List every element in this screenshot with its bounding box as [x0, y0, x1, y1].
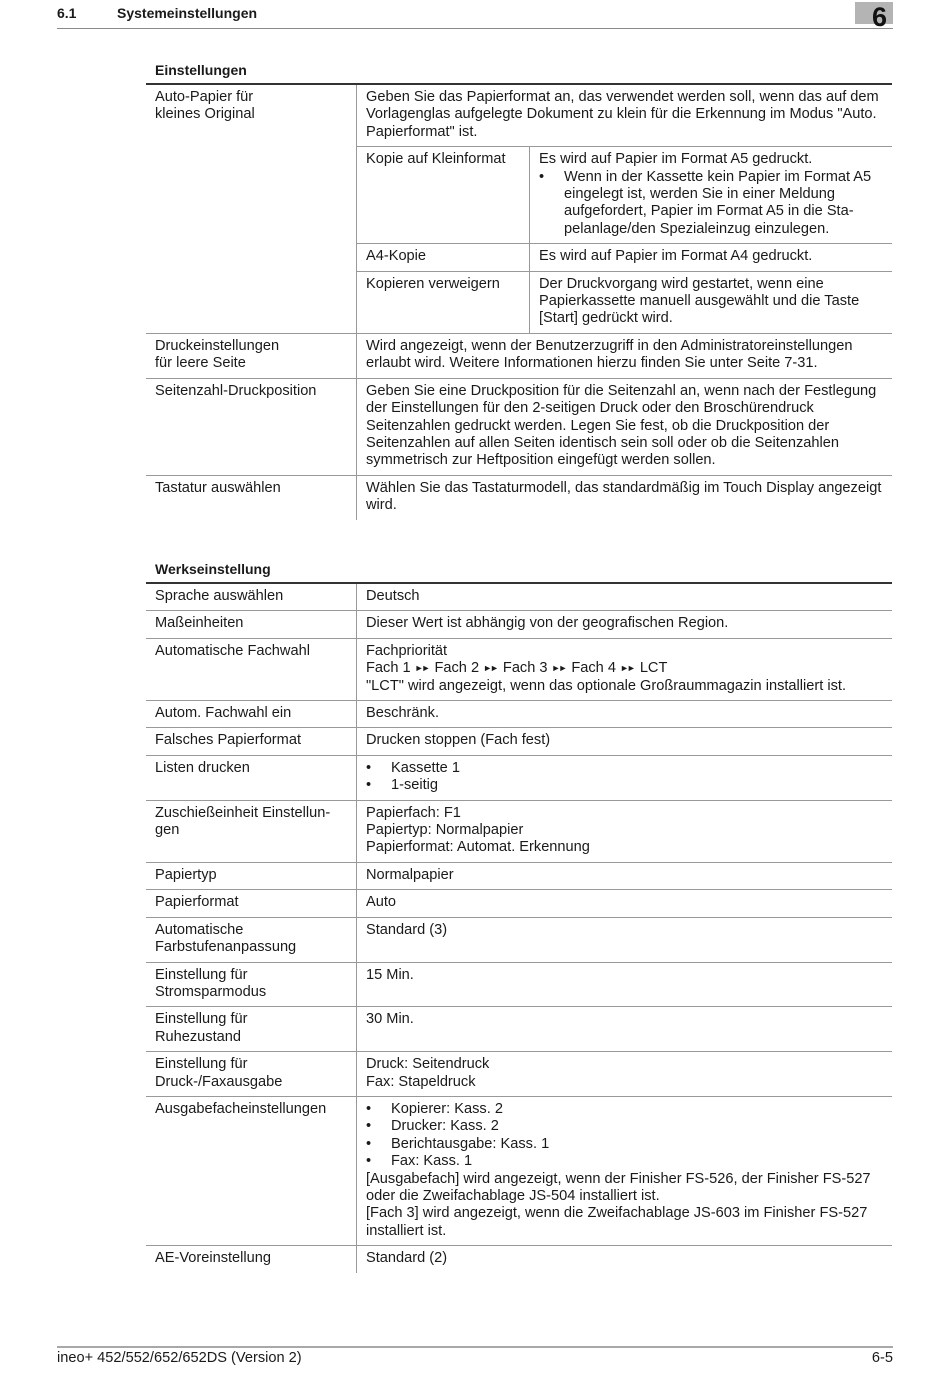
value-line: Dieser Wert ist abhängig von der geograf… — [366, 615, 883, 632]
setting-description: Geben Sie das Papierformat an, das verwe… — [357, 85, 892, 146]
bullet-text: Kopierer: Kass. 2 — [391, 1101, 503, 1118]
tray-name: Fach 3 — [503, 660, 548, 676]
tray-name: Fach 4 — [571, 660, 616, 676]
tray-name: Fach 1 — [366, 660, 411, 676]
value-line: Druck: Seitendruck — [366, 1056, 883, 1073]
option-text: Es wird auf Papier im Format A4 gedruckt… — [539, 248, 883, 265]
option-row: Kopieren verweigernDer Druckvorgang wird… — [357, 271, 892, 333]
label-line: Einstellung für — [155, 967, 347, 984]
footer-product: ineo+ 452/552/652/652DS (Version 2) — [57, 1350, 302, 1366]
table-row: PapiertypNormalpapier — [146, 862, 892, 889]
section-number: 6.1 — [57, 5, 76, 21]
label-line: Papiertyp — [155, 867, 347, 884]
table-row: Tastatur auswählenWählen Sie das Tastatu… — [146, 475, 892, 519]
label-line: Automatische — [155, 922, 347, 939]
default-value: Dieser Wert ist abhängig von der geograf… — [357, 611, 893, 638]
double-arrow-icon: ►► — [415, 663, 429, 673]
option-row: A4-KopieEs wird auf Papier im Format A4 … — [357, 244, 892, 271]
chapter-number: 6 — [872, 2, 887, 32]
bullet-text: Wenn in der Kassette kein Papier im Form… — [564, 169, 883, 239]
setting-label: Listen drucken — [146, 755, 357, 800]
table-row: Einstellung fürStromsparmodus15 Min. — [146, 962, 892, 1007]
bullet-icon: • — [366, 760, 391, 777]
default-value: Auto — [357, 890, 893, 917]
bullet-text: Kassette 1 — [391, 760, 460, 777]
werkseinstellung-table: Sprache auswählenDeutschMaßeinheitenDies… — [146, 582, 892, 1273]
bullet-text: 1-seitig — [391, 777, 438, 794]
default-value: 15 Min. — [357, 962, 893, 1007]
setting-label: Automatische Fachwahl — [146, 638, 357, 700]
value-line: Normalpapier — [366, 867, 883, 884]
setting-label: Zuschießeinheit Einstellun­gen — [146, 800, 357, 862]
value-line: Papierformat: Automat. Erkennung — [366, 839, 883, 856]
default-value: •Kassette 1•1-seitig — [357, 755, 893, 800]
label-line: Sprache auswählen — [155, 588, 347, 605]
setting-description: Wählen Sie das Tastaturmodell, das stand… — [357, 475, 893, 519]
setting-label: Papiertyp — [146, 862, 357, 889]
label-line: Einstellung für — [155, 1011, 347, 1028]
label-line: Maßeinheiten — [155, 615, 347, 632]
label-line: Automatische Fachwahl — [155, 643, 347, 660]
bullet-icon: • — [366, 1136, 391, 1153]
setting-label: Ausgabefacheinstellungen — [146, 1096, 357, 1245]
value-note: [Ausgabefach] wird angezeigt, wenn der F… — [366, 1171, 883, 1206]
setting-label: AutomatischeFarbstufenanpassung — [146, 917, 357, 962]
value-note: [Fach 3] wird angezeigt, wenn die Zweifa… — [366, 1205, 883, 1240]
bullet-icon: • — [539, 169, 564, 239]
default-value: •Kopierer: Kass. 2•Drucker: Kass. 2•Beri… — [357, 1096, 893, 1245]
option-description: Der Druckvorgang wird gestartet, wenn ei… — [530, 271, 893, 333]
label-line: Falsches Papierformat — [155, 732, 347, 749]
footer-rule — [57, 1346, 893, 1348]
option-label: Kopie auf Kleinformat — [357, 147, 530, 244]
label-line: Farbstufenanpassung — [155, 939, 347, 956]
label-line: Stromsparmodus — [155, 984, 347, 1001]
table-row: Automatische FachwahlFachprioritätFach 1… — [146, 638, 892, 700]
einstellungen-table: Auto-Papier fürkleines OriginalGeben Sie… — [146, 83, 892, 520]
label-line: AE-Voreinstellung — [155, 1250, 347, 1267]
section-title: Systemeinstellungen — [117, 5, 257, 21]
bullet-item: •Wenn in der Kassette kein Papier im For… — [539, 169, 883, 239]
label-line: Seitenzahl-Druckposition — [155, 383, 347, 400]
option-description: Es wird auf Papier im Format A4 gedruckt… — [530, 244, 893, 271]
setting-label: Einstellung fürStromsparmodus — [146, 962, 357, 1007]
tray-name: LCT — [640, 660, 668, 676]
default-value: Druck: SeitendruckFax: Stapeldruck — [357, 1052, 893, 1097]
table-row: Sprache auswählenDeutsch — [146, 583, 892, 611]
header-rule — [57, 28, 893, 29]
table-row: MaßeinheitenDieser Wert ist abhängig von… — [146, 611, 892, 638]
label-line: Zuschießeinheit Einstellun­gen — [155, 805, 347, 840]
setting-value: Geben Sie das Papierformat an, das verwe… — [357, 84, 893, 333]
setting-label: Auto-Papier fürkleines Original — [146, 84, 357, 333]
double-arrow-icon: ►► — [620, 663, 634, 673]
bullet-item: •Kassette 1 — [366, 760, 883, 777]
table-row: Falsches PapierformatDrucken stoppen (Fa… — [146, 728, 892, 755]
value-line: Deutsch — [366, 588, 883, 605]
setting-label: Sprache auswählen — [146, 583, 357, 611]
bullet-icon: • — [366, 1101, 391, 1118]
bullet-icon: • — [366, 1118, 391, 1135]
setting-label: Einstellung fürDruck-/Faxausgabe — [146, 1052, 357, 1097]
setting-description: Wird angezeigt, wenn der Benutzerzugriff… — [357, 333, 893, 378]
value-line: Papierfach: F1 — [366, 805, 883, 822]
tray-priority-sequence: Fach 1►►Fach 2►►Fach 3►►Fach 4►►LCT — [366, 660, 883, 677]
setting-label: Druckeinstellungenfür leere Seite — [146, 333, 357, 378]
label-line: Druck-/Faxausgabe — [155, 1074, 347, 1091]
setting-label: Papierformat — [146, 890, 357, 917]
value-line: Auto — [366, 894, 883, 911]
value-line: 15 Min. — [366, 967, 883, 984]
bullet-text: Drucker: Kass. 2 — [391, 1118, 499, 1135]
default-value: Drucken stoppen (Fach fest) — [357, 728, 893, 755]
setting-label: Autom. Fachwahl ein — [146, 701, 357, 728]
bullet-item: •Drucker: Kass. 2 — [366, 1118, 883, 1135]
default-value: FachprioritätFach 1►►Fach 2►►Fach 3►►Fac… — [357, 638, 893, 700]
option-row: Kopie auf KleinformatEs wird auf Papier … — [357, 147, 892, 244]
option-text: Der Druckvorgang wird gestartet, wenn ei… — [539, 276, 883, 328]
bullet-item: •Fax: Kass. 1 — [366, 1153, 883, 1170]
label-line: kleines Original — [155, 106, 347, 123]
setting-label: Seitenzahl-Druckposition — [146, 378, 357, 475]
default-value: Beschränk. — [357, 701, 893, 728]
value-line: Fachpriorität — [366, 643, 883, 660]
setting-label: Tastatur auswählen — [146, 475, 357, 519]
table-row: Einstellung fürRuhezustand30 Min. — [146, 1007, 892, 1052]
table-row: Zuschießeinheit Einstellun­genPapierfach… — [146, 800, 892, 862]
bullet-item: •1-seitig — [366, 777, 883, 794]
table-row: Listen drucken•Kassette 1•1-seitig — [146, 755, 892, 800]
option-text: Es wird auf Papier im Format A5 gedruckt… — [539, 151, 883, 168]
bullet-text: Berichtausgabe: Kass. 1 — [391, 1136, 549, 1153]
label-line: Papierformat — [155, 894, 347, 911]
value-line: Fax: Stapeldruck — [366, 1074, 883, 1091]
default-value: 30 Min. — [357, 1007, 893, 1052]
value-line: 30 Min. — [366, 1011, 883, 1028]
label-line: Auto-Papier für — [155, 89, 347, 106]
default-value: Deutsch — [357, 583, 893, 611]
option-label: Kopieren verweigern — [357, 271, 530, 333]
table-row: AutomatischeFarbstufenanpassungStandard … — [146, 917, 892, 962]
value-line: Standard (2) — [366, 1250, 883, 1267]
value-line: Beschränk. — [366, 705, 883, 722]
option-table: Kopie auf KleinformatEs wird auf Papier … — [357, 146, 892, 333]
footer-page-number: 6-5 — [872, 1350, 893, 1366]
label-line: Tastatur auswählen — [155, 480, 347, 497]
page-header: 6.1 Systemeinstellungen — [0, 0, 950, 30]
label-line: Einstellung für — [155, 1056, 347, 1073]
table-row: Seitenzahl-DruckpositionGeben Sie eine D… — [146, 378, 892, 475]
bullet-item: •Kopierer: Kass. 2 — [366, 1101, 883, 1118]
label-line: Listen drucken — [155, 760, 347, 777]
table-row: Druckeinstellungenfür leere SeiteWird an… — [146, 333, 892, 378]
bullet-text: Fax: Kass. 1 — [391, 1153, 472, 1170]
default-value: Standard (2) — [357, 1246, 893, 1273]
einstellungen-heading: Einstellungen — [155, 62, 247, 78]
option-label: A4-Kopie — [357, 244, 530, 271]
default-value: Papierfach: F1Papiertyp: NormalpapierPap… — [357, 800, 893, 862]
label-line: Ausgabefacheinstellungen — [155, 1101, 347, 1118]
tray-name: Fach 2 — [434, 660, 479, 676]
setting-label: Maßeinheiten — [146, 611, 357, 638]
setting-label: Falsches Papierformat — [146, 728, 357, 755]
setting-label: AE-Voreinstellung — [146, 1246, 357, 1273]
table-row: PapierformatAuto — [146, 890, 892, 917]
bullet-icon: • — [366, 777, 391, 794]
value-line: Standard (3) — [366, 922, 883, 939]
table-row: AE-VoreinstellungStandard (2) — [146, 1246, 892, 1273]
double-arrow-icon: ►► — [552, 663, 566, 673]
label-line: Ruhezustand — [155, 1029, 347, 1046]
table-row: Ausgabefacheinstellungen•Kopierer: Kass.… — [146, 1096, 892, 1245]
table-row: Autom. Fachwahl einBeschränk. — [146, 701, 892, 728]
setting-description: Geben Sie eine Druckposition für die Sei… — [357, 378, 893, 475]
bullet-icon: • — [366, 1153, 391, 1170]
default-value: Standard (3) — [357, 917, 893, 962]
value-line: Papiertyp: Normalpapier — [366, 822, 883, 839]
setting-label: Einstellung fürRuhezustand — [146, 1007, 357, 1052]
table-row: Auto-Papier fürkleines OriginalGeben Sie… — [146, 84, 892, 333]
label-line: Autom. Fachwahl ein — [155, 705, 347, 722]
value-line: Drucken stoppen (Fach fest) — [366, 732, 883, 749]
table-row: Einstellung fürDruck-/FaxausgabeDruck: S… — [146, 1052, 892, 1097]
double-arrow-icon: ►► — [483, 663, 497, 673]
value-note: "LCT" wird angezeigt, wenn das optionale… — [366, 678, 883, 695]
label-line: Druckeinstellungen — [155, 338, 347, 355]
default-value: Normalpapier — [357, 862, 893, 889]
werkseinstellung-heading: Werkseinstellung — [155, 561, 271, 577]
label-line: für leere Seite — [155, 355, 347, 372]
option-description: Es wird auf Papier im Format A5 gedruckt… — [530, 147, 893, 244]
bullet-item: •Berichtausgabe: Kass. 1 — [366, 1136, 883, 1153]
